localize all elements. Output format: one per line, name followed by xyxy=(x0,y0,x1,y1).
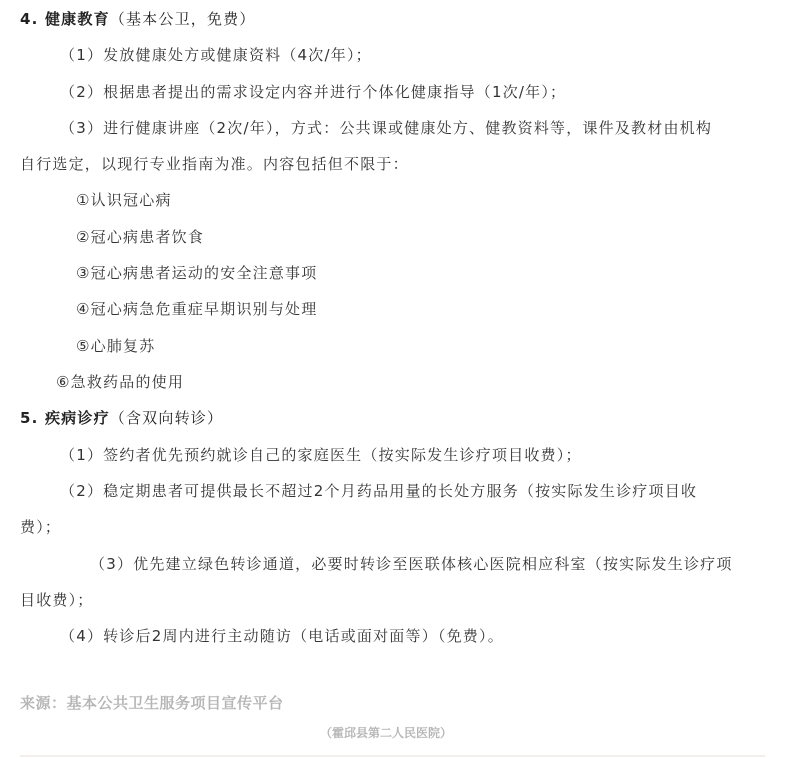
divider xyxy=(20,755,765,757)
topic-2: ②冠心病患者饮食 xyxy=(76,227,204,247)
topic-5: ⑤心肺复苏 xyxy=(76,336,155,356)
section-4-title: 健康教育 xyxy=(45,10,110,28)
topic-1: ①认识冠心病 xyxy=(76,190,172,210)
section-5-title: 疾病诊疗 xyxy=(45,409,110,427)
section-5-heading: 5. 疾病诊疗（含双向转诊） xyxy=(20,408,223,428)
section-5-item-4: （4）转诊后2周内进行主动随访（电话或面对面等）（免费）。 xyxy=(60,626,504,646)
section-5-item-3: （3）优先建立绿色转诊通道，必要时转诊至医联体核心医院相应科室（按实际发生诊疗项 xyxy=(90,554,733,574)
section-4-item-3-cont: 自行选定，以现行专业指南为准。内容包括但不限于： xyxy=(20,154,409,174)
topic-6: ⑥急救药品的使用 xyxy=(56,372,184,392)
section-4-number: 4. xyxy=(20,10,45,28)
section-4-note: （基本公卫，免费） xyxy=(110,10,256,28)
section-4-heading: 4. 健康教育（基本公卫，免费） xyxy=(20,9,256,29)
topic-4: ④冠心病急危重症早期识别与处理 xyxy=(76,299,317,319)
section-5-item-3-cont: 目收费）； xyxy=(20,590,94,610)
section-5-item-1: （1）签约者优先预约就诊自己的家庭医生（按实际发生诊疗项目收费）； xyxy=(60,445,582,465)
section-5-item-2: （2）稳定期患者可提供最长不超过2个月药品用量的长处方服务（按实际发生诊疗项目收 xyxy=(60,481,697,501)
topic-3: ③冠心病患者运动的安全注意事项 xyxy=(76,263,317,283)
credit-text: （霍邱县第二人民医院） xyxy=(320,724,452,741)
section-4-item-3: （3）进行健康讲座（2次/年），方式：公共课或健康处方、健教资料等，课件及教材由… xyxy=(60,118,712,138)
section-4-item-2: （2）根据患者提出的需求设定内容并进行个体化健康指导（1次/年）； xyxy=(60,82,566,102)
section-4-item-1: （1）发放健康处方或健康资料（4次/年）； xyxy=(60,45,372,65)
section-5-note: （含双向转诊） xyxy=(110,409,223,427)
source-text: 来源：基本公共卫生服务项目宣传平台 xyxy=(20,692,284,713)
section-5-number: 5. xyxy=(20,409,45,427)
section-5-item-2-cont: 费）； xyxy=(20,517,61,537)
